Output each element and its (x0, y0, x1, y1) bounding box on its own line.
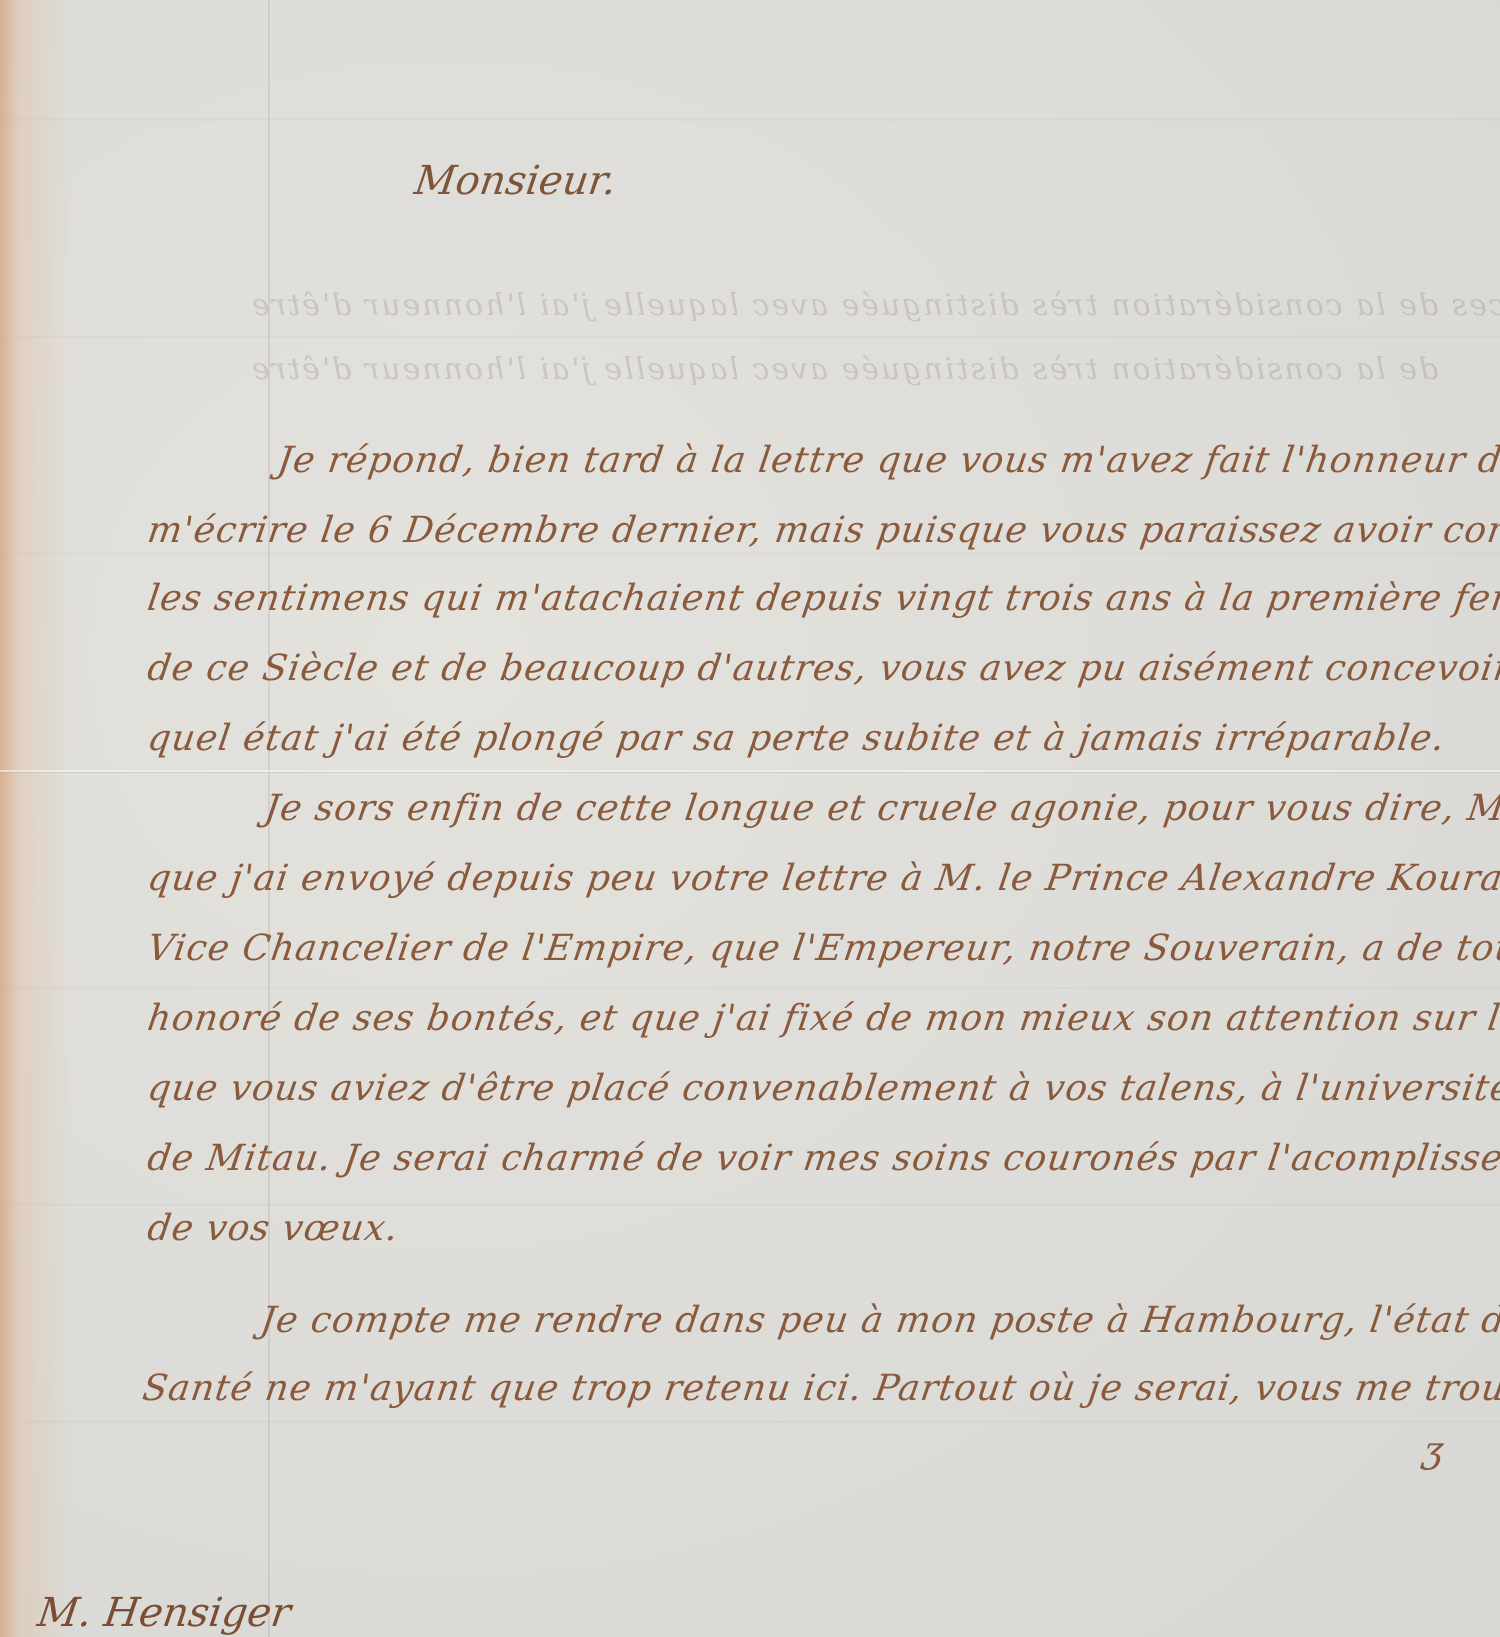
addressee: M. Hensiger (35, 1590, 294, 1636)
letter-line: quel état j'ai été plongé par sa perte s… (145, 718, 1448, 759)
letter-line: Je compte me rendre dans peu à mon poste… (258, 1300, 1500, 1341)
bleed-through-text: Agréez, Monsieur, les assurances de la c… (250, 288, 1500, 323)
letter-line: de ce Siècle et de beaucoup d'autres, vo… (145, 648, 1500, 689)
letter-line: Vice Chancelier de l'Empire, que l'Emper… (145, 928, 1500, 969)
letter-line: de vos vœux. (145, 1208, 401, 1249)
letter-line: Santé ne m'ayant que trop retenu ici. Pa… (140, 1368, 1500, 1409)
letter-page: Agréez, Monsieur, les assurances de la c… (0, 0, 1500, 1637)
letter-line: honoré de ses bontés, et que j'ai fixé d… (145, 998, 1500, 1039)
letter-line: m'écrire le 6 Décembre dernier, mais pui… (145, 510, 1500, 551)
paper-fold-horizontal (0, 770, 1500, 772)
letter-line: que vous aviez d'être placé convenableme… (145, 1068, 1500, 1109)
letter-line: de Mitau. Je serai charmé de voir mes so… (145, 1138, 1500, 1179)
continuation-mark: ʒ (1420, 1430, 1447, 1471)
letter-line: les sentimens qui m'atachaient depuis vi… (145, 578, 1500, 619)
letter-line: Je sors enfin de cette longue et cruele … (262, 788, 1500, 829)
letter-line: Je répond, bien tard à la lettre que vou… (275, 440, 1500, 481)
bleed-through-text: de la considération très distinguée avec… (250, 352, 1438, 387)
salutation: Monsieur. (412, 158, 619, 204)
letter-line: que j'ai envoyé depuis peu votre lettre … (145, 858, 1500, 899)
